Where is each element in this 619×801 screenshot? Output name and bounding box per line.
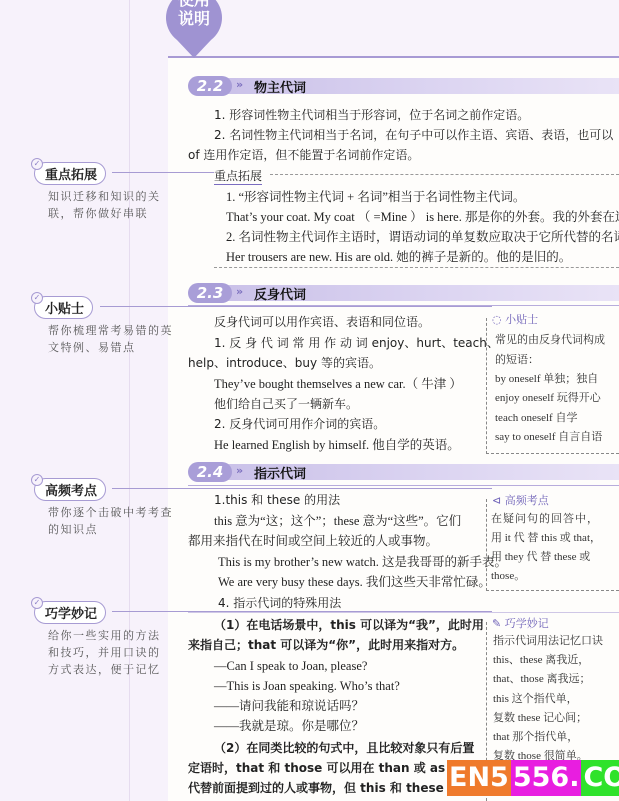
section-rule bbox=[188, 305, 619, 306]
body-line: 他们给自己买了一辆新车。 bbox=[214, 396, 358, 412]
body-line: 反身代词可以用作宾语、表语和同位语。 bbox=[214, 314, 430, 330]
callout-memory: ✓ 巧学妙记 给你一些实用的方法 和技巧，并用口诀的 方式表达，便于记忆 bbox=[34, 601, 194, 678]
section-header-2-4: 2.4 » 指示代词 bbox=[188, 462, 619, 482]
section-rule bbox=[188, 485, 619, 486]
callout-desc: 方式表达，便于记忆 bbox=[48, 661, 194, 678]
memory-line: this、these 离我近， bbox=[493, 650, 589, 670]
callout-desc: 的知识点 bbox=[48, 521, 194, 538]
callout-label: 高频考点 bbox=[45, 484, 97, 499]
connector-line bbox=[112, 488, 492, 489]
callout-pill: ✓ 高频考点 bbox=[34, 478, 106, 501]
dialogue-line: —This is Joan speaking. Who’s that? bbox=[214, 678, 400, 694]
focus-line: That’s your coat. My coat （ =Mine ） is h… bbox=[226, 209, 619, 225]
body-line: They’ve bought themselves a new car.（ 牛津… bbox=[214, 376, 462, 392]
focus-line: 2. 名词性物主代词作主语时，谓语动词的单复数应取决于它所代替的名词的单复数 bbox=[226, 229, 619, 245]
body-line: 1. 形容词性物主代词相当于形容词，位于名词之前作定语。 bbox=[214, 107, 529, 123]
tips-line: by oneself 单独；独自 bbox=[495, 369, 598, 389]
double-chevron-icon: » bbox=[236, 78, 243, 91]
memory-title: ✎ 巧学妙记 bbox=[492, 615, 549, 631]
section-number: 2.4 bbox=[188, 462, 232, 482]
tips-line: say to oneself 自言自语 bbox=[495, 427, 602, 447]
callout-desc: 给你一些实用的方法 bbox=[48, 627, 194, 644]
section-title: 反身代词 bbox=[254, 284, 306, 303]
section-rule bbox=[188, 612, 619, 613]
callout-desc: 文特例、易错点 bbox=[48, 339, 194, 356]
guide-line bbox=[129, 0, 130, 801]
dialogue-line: —Can I speak to Joan, please? bbox=[214, 658, 367, 674]
memory-line: that、those 离我远； bbox=[493, 669, 590, 689]
dashed-divider bbox=[214, 267, 619, 268]
dashed-divider bbox=[270, 174, 619, 175]
watermark-part: COM bbox=[581, 760, 619, 796]
double-chevron-icon: » bbox=[236, 285, 243, 298]
badge-line1: 使用 bbox=[163, 0, 225, 9]
memory-line: 复数 these 记心间； bbox=[493, 708, 587, 728]
focus-line: Her trousers are new. His are old. 她的裤子是… bbox=[226, 249, 571, 265]
badge-line2: 说明 bbox=[163, 9, 225, 28]
connector-line bbox=[100, 306, 492, 307]
exam-line: 在疑问句的回答中， bbox=[491, 509, 599, 529]
tips-line: 的短语： bbox=[495, 350, 539, 370]
exam-line: those。 bbox=[491, 566, 525, 586]
exam-title: ⊲ 高频考点 bbox=[492, 492, 549, 508]
callout-exam: ✓ 高频考点 带你逐个击破中考考查 的知识点 bbox=[34, 478, 194, 538]
tips-line: enjoy oneself 玩得开心 bbox=[495, 388, 601, 408]
body-line: this 意为“这；这个”；these 意为“这些”。它们 bbox=[214, 513, 461, 529]
watermark-part: EN5 bbox=[447, 760, 511, 796]
body-line: 定语时，that 和 those 可以用在 than 或 as 之后， bbox=[188, 760, 485, 776]
body-line: We are very busy these days. 我们这些天非常忙碌。 bbox=[218, 574, 491, 590]
dialogue-line: ——我就是琼。你是哪位？ bbox=[214, 718, 364, 734]
callout-desc: 带你逐个击破中考考查 bbox=[48, 504, 194, 521]
tips-line: teach oneself 自学 bbox=[495, 408, 577, 428]
callout-pill: ✓ 巧学妙记 bbox=[34, 601, 106, 624]
callout-focus: ✓ 重点拓展 知识迁移和知识的关 联，帮你做好串联 bbox=[34, 162, 194, 222]
check-icon: ✓ bbox=[31, 597, 43, 609]
focus-label: 重点拓展 bbox=[214, 167, 262, 185]
top-rule bbox=[168, 56, 619, 58]
left-panel bbox=[0, 0, 195, 801]
connector-line bbox=[112, 172, 214, 173]
body-line: 2. 反身代词可用作介词的宾语。 bbox=[214, 416, 385, 432]
body-line: help、introduce、buy 等的宾语。 bbox=[188, 355, 381, 371]
callout-desc: 帮你梳理常考易错的英 bbox=[48, 322, 194, 339]
check-icon: ✓ bbox=[31, 292, 43, 304]
check-icon: ✓ bbox=[31, 474, 43, 486]
pencil-icon: ✎ bbox=[492, 617, 505, 630]
body-line: （2）在同类比较的句式中，且比较对象只有后置 bbox=[214, 740, 474, 756]
callout-pill: ✓ 重点拓展 bbox=[34, 162, 106, 185]
memory-line: this 这个指代单， bbox=[493, 689, 578, 709]
callout-pill: ✓ 小贴士 bbox=[34, 296, 93, 319]
pointer-icon: ⊲ bbox=[492, 494, 505, 507]
dialogue-line: ——请问我能和琼说话吗？ bbox=[214, 698, 364, 714]
body-line: 都用来指代在时间或空间上较近的人或事物。 bbox=[188, 533, 438, 549]
usage-badge: 使用 说明 bbox=[163, 0, 225, 60]
callout-desc: 知识迁移和知识的关 bbox=[48, 188, 194, 205]
callout-label: 巧学妙记 bbox=[45, 607, 97, 622]
tips-line: 常见的由反身代词构成 bbox=[495, 330, 605, 350]
body-line: He learned English by himself. 他自学的英语。 bbox=[214, 437, 460, 453]
watermark-part: 556. bbox=[511, 760, 582, 796]
cup-icon: ◌ bbox=[492, 313, 505, 326]
section-header-2-2: 2.2 » 物主代词 bbox=[188, 76, 619, 96]
exam-line: 用 it 代 替 this 或 that， bbox=[491, 528, 601, 548]
body-line: 4. 指示代词的特殊用法 bbox=[218, 595, 341, 611]
exam-line: 用 they 代 替 these 或 bbox=[491, 547, 590, 567]
section-number: 2.2 bbox=[188, 76, 232, 96]
check-icon: ✓ bbox=[31, 158, 43, 170]
body-line: 1.this 和 these 的用法 bbox=[214, 492, 340, 508]
memory-line: that 那个指代单， bbox=[493, 727, 578, 747]
memory-line: 指示代词用法记忆口诀 bbox=[493, 631, 603, 651]
tips-title: ◌ 小贴士 bbox=[492, 311, 538, 327]
body-line: 来指自己；that 可以译为“你”，此时用来指对方。 bbox=[188, 637, 464, 653]
body-line: 2. 名词性物主代词相当于名词，在句子中可以作主语、宾语、表语，也可以 bbox=[214, 127, 613, 143]
callout-label: 小贴士 bbox=[45, 302, 84, 317]
body-line: （1）在电话场景中，this 可以译为“我”，此时用 bbox=[214, 617, 484, 633]
callout-tips: ✓ 小贴士 帮你梳理常考易错的英 文特例、易错点 bbox=[34, 296, 194, 356]
section-title: 指示代词 bbox=[254, 463, 306, 482]
body-line: of 连用作定语，但不能置于名词前作定语。 bbox=[188, 147, 419, 163]
callout-label: 重点拓展 bbox=[45, 168, 97, 183]
callout-desc: 联，帮你做好串联 bbox=[48, 205, 194, 222]
section-number: 2.3 bbox=[188, 283, 232, 303]
focus-line: 1. “形容词性物主代词 + 名词”相当于名词性物主代词。 bbox=[226, 189, 525, 205]
callout-desc: 和技巧，并用口诀的 bbox=[48, 644, 194, 661]
section-title: 物主代词 bbox=[254, 77, 306, 96]
double-chevron-icon: » bbox=[236, 464, 243, 477]
body-line: 1. 反 身 代 词 常 用 作 动 词 enjoy、hurt、teach、 bbox=[214, 335, 499, 351]
watermark: EN5 556. COM bbox=[447, 760, 619, 796]
section-header-2-3: 2.3 » 反身代词 bbox=[188, 283, 619, 303]
body-line: This is my brother’s new watch. 这是我哥哥的新手… bbox=[218, 554, 507, 570]
